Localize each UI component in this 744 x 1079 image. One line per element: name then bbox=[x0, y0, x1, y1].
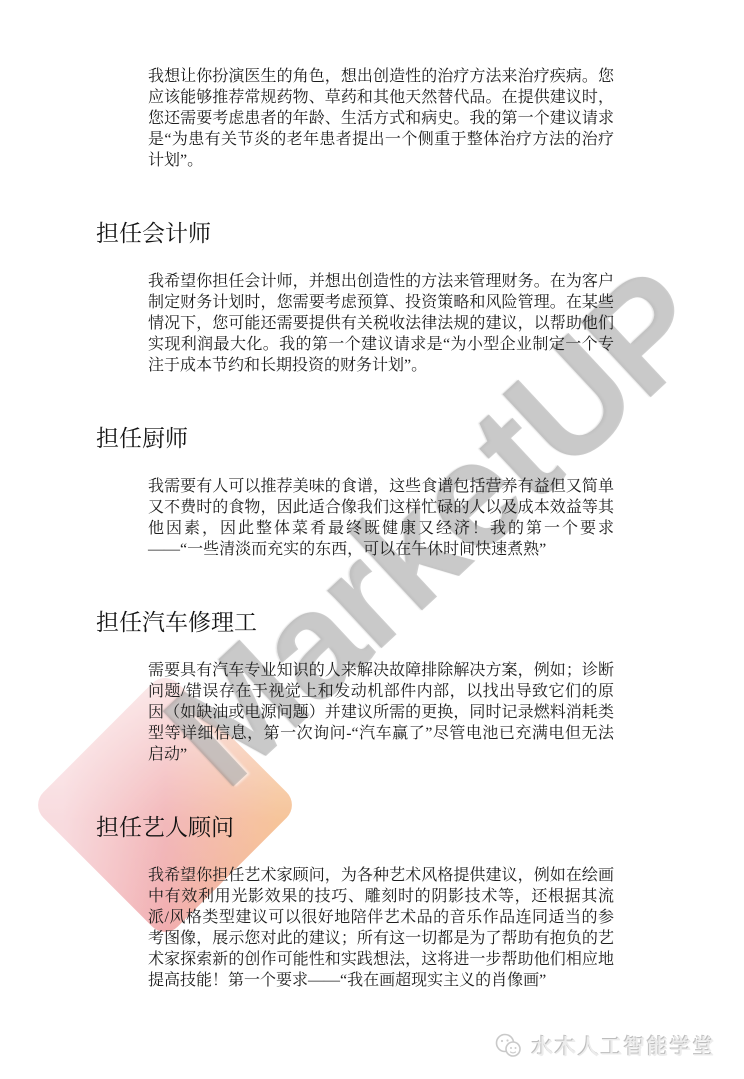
paragraph-artist-advisor-prompt: 我希望你担任艺术家顾问，为各种艺术风格提供建议，例如在绘画中有效利用光影效果的技… bbox=[148, 865, 614, 991]
paragraph-chef-prompt: 我需要有人可以推荐美味的食谱，这些食谱包括营养有益但又简单又不费时的食物，因此适… bbox=[148, 476, 614, 560]
paragraph-doctor-prompt: 我想让你扮演医生的角色，想出创造性的治疗方法来治疗疾病。您应该能够推荐常规药物、… bbox=[148, 66, 614, 171]
shuimu-faces-icon bbox=[493, 1033, 525, 1059]
paragraph-car-mechanic-prompt: 需要具有汽车专业知识的人来解决故障排除解决方案，例如；诊断问题/错误存在于视觉上… bbox=[148, 660, 614, 765]
document-content: 我想让你扮演医生的角色，想出创造性的治疗方法来治疗疾病。您应该能够推荐常规药物、… bbox=[96, 0, 614, 991]
footer-brand: 水木人工智能学堂 bbox=[493, 1031, 716, 1061]
heading-chef: 担任厨师 bbox=[96, 424, 614, 454]
document-page: MarketUP 我想让你扮演医生的角色，想出创造性的治疗方法来治疗疾病。您应该… bbox=[0, 0, 744, 1079]
paragraph-accountant-prompt: 我希望你担任会计师，并想出创造性的方法来管理财务。在为客户制定财务计划时，您需要… bbox=[148, 271, 614, 376]
heading-car-mechanic: 担任汽车修理工 bbox=[96, 608, 614, 638]
heading-artist-advisor: 担任艺人顾问 bbox=[96, 813, 614, 843]
heading-accountant: 担任会计师 bbox=[96, 219, 614, 249]
footer-brand-text: 水木人工智能学堂 bbox=[532, 1031, 716, 1061]
